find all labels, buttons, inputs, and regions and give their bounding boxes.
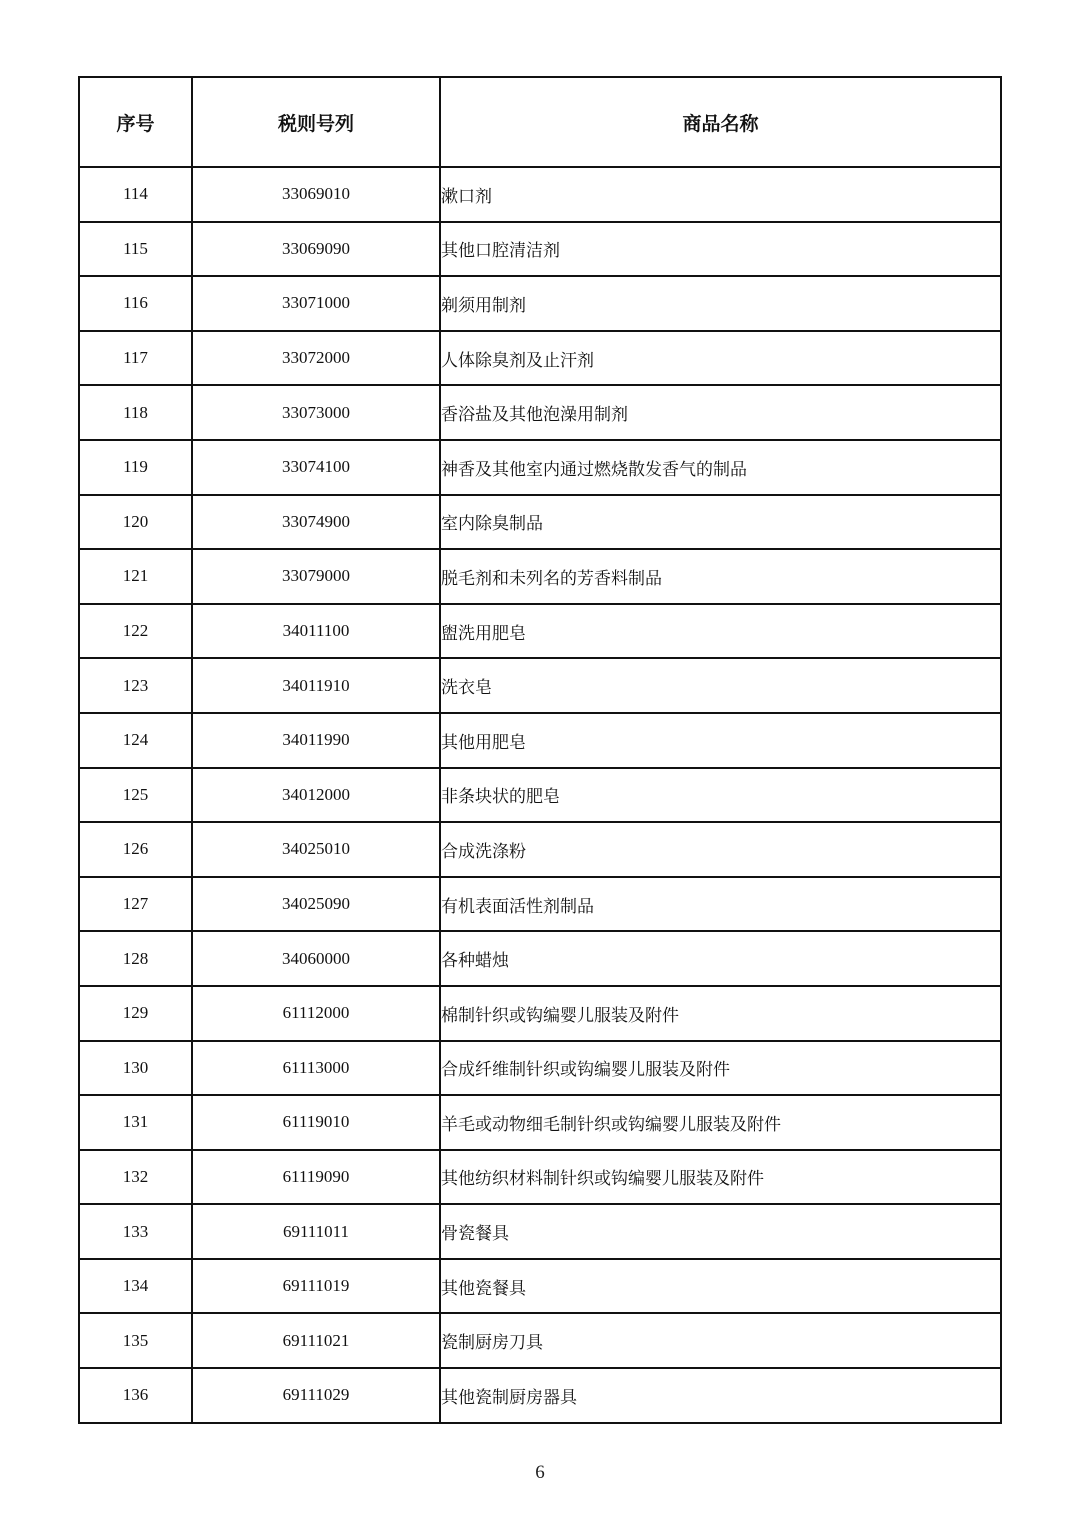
cell-product-name: 神香及其他室内通过燃烧散发香气的制品: [440, 440, 1001, 495]
cell-product-name: 漱口剂: [440, 167, 1001, 222]
cell-product-name: 其他用肥皂: [440, 713, 1001, 768]
cell-tariff-code: 34011100: [192, 604, 440, 659]
cell-product-name: 脱毛剂和未列名的芳香料制品: [440, 549, 1001, 604]
cell-product-name: 其他口腔清洁剂: [440, 222, 1001, 277]
table-row: 125 34012000 非条块状的肥皂: [79, 768, 1001, 823]
table-row: 130 61113000 合成纤维制针织或钩编婴儿服装及附件: [79, 1041, 1001, 1096]
header-tariff-code: 税则号列: [192, 77, 440, 167]
cell-tariff-code: 33079000: [192, 549, 440, 604]
cell-tariff-code: 61119090: [192, 1150, 440, 1205]
table-row: 134 69111019 其他瓷餐具: [79, 1259, 1001, 1314]
cell-seq: 123: [79, 658, 192, 713]
cell-seq: 136: [79, 1368, 192, 1423]
cell-product-name: 有机表面活性剂制品: [440, 877, 1001, 932]
cell-seq: 132: [79, 1150, 192, 1205]
cell-seq: 114: [79, 167, 192, 222]
cell-seq: 130: [79, 1041, 192, 1096]
cell-seq: 127: [79, 877, 192, 932]
cell-product-name: 合成洗涤粉: [440, 822, 1001, 877]
cell-seq: 126: [79, 822, 192, 877]
table-row: 129 61112000 棉制针织或钩编婴儿服装及附件: [79, 986, 1001, 1041]
cell-product-name: 人体除臭剂及止汗剂: [440, 331, 1001, 386]
table-row: 124 34011990 其他用肥皂: [79, 713, 1001, 768]
cell-product-name: 合成纤维制针织或钩编婴儿服装及附件: [440, 1041, 1001, 1096]
cell-seq: 118: [79, 385, 192, 440]
table-row: 118 33073000 香浴盐及其他泡澡用制剂: [79, 385, 1001, 440]
cell-tariff-code: 33069090: [192, 222, 440, 277]
cell-tariff-code: 33073000: [192, 385, 440, 440]
cell-tariff-code: 69111021: [192, 1313, 440, 1368]
cell-product-name: 其他瓷制厨房器具: [440, 1368, 1001, 1423]
cell-seq: 115: [79, 222, 192, 277]
table-row: 119 33074100 神香及其他室内通过燃烧散发香气的制品: [79, 440, 1001, 495]
cell-tariff-code: 61119010: [192, 1095, 440, 1150]
table-body: 114 33069010 漱口剂 115 33069090 其他口腔清洁剂 11…: [79, 167, 1001, 1423]
cell-seq: 128: [79, 931, 192, 986]
table-header-row: 序号 税则号列 商品名称: [79, 77, 1001, 167]
cell-seq: 131: [79, 1095, 192, 1150]
cell-tariff-code: 33072000: [192, 331, 440, 386]
cell-tariff-code: 34025010: [192, 822, 440, 877]
table-row: 127 34025090 有机表面活性剂制品: [79, 877, 1001, 932]
cell-tariff-code: 33074900: [192, 495, 440, 550]
cell-product-name: 香浴盐及其他泡澡用制剂: [440, 385, 1001, 440]
table-row: 120 33074900 室内除臭制品: [79, 495, 1001, 550]
cell-tariff-code: 34025090: [192, 877, 440, 932]
cell-seq: 121: [79, 549, 192, 604]
cell-product-name: 其他纺织材料制针织或钩编婴儿服装及附件: [440, 1150, 1001, 1205]
tariff-table: 序号 税则号列 商品名称 114 33069010 漱口剂 115 330690…: [78, 76, 1002, 1424]
table-row: 115 33069090 其他口腔清洁剂: [79, 222, 1001, 277]
table-row: 126 34025010 合成洗涤粉: [79, 822, 1001, 877]
cell-seq: 120: [79, 495, 192, 550]
cell-product-name: 洗衣皂: [440, 658, 1001, 713]
cell-tariff-code: 69111029: [192, 1368, 440, 1423]
table-row: 122 34011100 盥洗用肥皂: [79, 604, 1001, 659]
cell-product-name: 非条块状的肥皂: [440, 768, 1001, 823]
cell-seq: 122: [79, 604, 192, 659]
cell-seq: 133: [79, 1204, 192, 1259]
table-row: 121 33079000 脱毛剂和未列名的芳香料制品: [79, 549, 1001, 604]
table-row: 123 34011910 洗衣皂: [79, 658, 1001, 713]
cell-tariff-code: 34012000: [192, 768, 440, 823]
cell-product-name: 其他瓷餐具: [440, 1259, 1001, 1314]
cell-tariff-code: 33071000: [192, 276, 440, 331]
cell-seq: 134: [79, 1259, 192, 1314]
cell-tariff-code: 33074100: [192, 440, 440, 495]
cell-tariff-code: 34060000: [192, 931, 440, 986]
cell-seq: 124: [79, 713, 192, 768]
cell-tariff-code: 69111011: [192, 1204, 440, 1259]
cell-tariff-code: 69111019: [192, 1259, 440, 1314]
cell-seq: 119: [79, 440, 192, 495]
cell-tariff-code: 61112000: [192, 986, 440, 1041]
table-row: 117 33072000 人体除臭剂及止汗剂: [79, 331, 1001, 386]
cell-product-name: 盥洗用肥皂: [440, 604, 1001, 659]
table-row: 132 61119090 其他纺织材料制针织或钩编婴儿服装及附件: [79, 1150, 1001, 1205]
cell-tariff-code: 33069010: [192, 167, 440, 222]
cell-product-name: 室内除臭制品: [440, 495, 1001, 550]
table-row: 135 69111021 瓷制厨房刀具: [79, 1313, 1001, 1368]
table-row: 136 69111029 其他瓷制厨房器具: [79, 1368, 1001, 1423]
cell-tariff-code: 34011910: [192, 658, 440, 713]
cell-seq: 129: [79, 986, 192, 1041]
cell-tariff-code: 61113000: [192, 1041, 440, 1096]
cell-seq: 117: [79, 331, 192, 386]
document-page: 序号 税则号列 商品名称 114 33069010 漱口剂 115 330690…: [0, 0, 1080, 1528]
header-product-name: 商品名称: [440, 77, 1001, 167]
cell-seq: 116: [79, 276, 192, 331]
cell-product-name: 剃须用制剂: [440, 276, 1001, 331]
cell-seq: 125: [79, 768, 192, 823]
cell-product-name: 羊毛或动物细毛制针织或钩编婴儿服装及附件: [440, 1095, 1001, 1150]
cell-product-name: 瓷制厨房刀具: [440, 1313, 1001, 1368]
cell-product-name: 各种蜡烛: [440, 931, 1001, 986]
page-number: 6: [0, 1462, 1080, 1484]
table-row: 128 34060000 各种蜡烛: [79, 931, 1001, 986]
table-row: 131 61119010 羊毛或动物细毛制针织或钩编婴儿服装及附件: [79, 1095, 1001, 1150]
table-row: 116 33071000 剃须用制剂: [79, 276, 1001, 331]
cell-tariff-code: 34011990: [192, 713, 440, 768]
cell-product-name: 骨瓷餐具: [440, 1204, 1001, 1259]
header-seq: 序号: [79, 77, 192, 167]
table-row: 114 33069010 漱口剂: [79, 167, 1001, 222]
cell-product-name: 棉制针织或钩编婴儿服装及附件: [440, 986, 1001, 1041]
table-row: 133 69111011 骨瓷餐具: [79, 1204, 1001, 1259]
cell-seq: 135: [79, 1313, 192, 1368]
